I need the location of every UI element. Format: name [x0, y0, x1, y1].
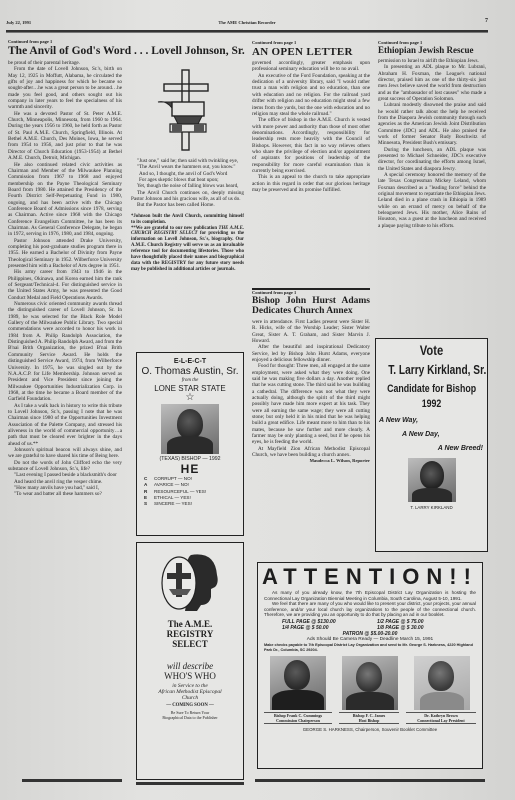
registry-title-1: The A.M.E.	[137, 619, 243, 629]
election-year: 1992	[387, 398, 476, 410]
masthead-rule	[6, 30, 488, 33]
column-end-rule	[255, 779, 485, 782]
attention-footer: GEORGE S. HARKNESS, Chairperson, Souveni…	[258, 727, 482, 732]
paragraph: After the beautiful and inspirational De…	[252, 344, 370, 363]
slogan-1: A New Way,	[376, 417, 487, 424]
kirkland-photo	[408, 458, 456, 502]
coming-soon: — COMING SOON —	[137, 703, 243, 708]
ethiopian-article: Continued from page 1 Ethiopian Jewish R…	[378, 40, 486, 229]
masthead: July 22, 1991 The AME Christian Recorder…	[6, 18, 488, 30]
photo-caption: T. LARRY KIRKLAND	[376, 505, 487, 510]
anvil-article-column-1: be proud of their parental heritage. Fro…	[8, 60, 122, 775]
open-letter-article: Continued from page 1 AN OPEN LETTER gov…	[252, 40, 370, 193]
paragraph: This is an appeal to the church to take …	[252, 174, 370, 193]
vote-label: Vote	[387, 342, 476, 358]
poem-line: "Last evening I passed beside a blacksmi…	[8, 472, 122, 478]
annex-article: Continued from page 1 Bishop John Hurst …	[252, 290, 370, 465]
attention-body: As many of you already know, the 7th Epi…	[258, 590, 482, 618]
registry-select-ad: The A.M.E. REGISTRY SELECT will describe…	[136, 542, 244, 780]
paragraph: At Mayfield Zion African Methodist Episc…	[252, 446, 370, 459]
column-end-rule	[22, 779, 122, 782]
paragraph: From the date of Lovell Johnson, Sr.'s, …	[8, 66, 122, 110]
paragraph: During the luncheon, an ADL plaque was p…	[378, 147, 486, 172]
return-line-2: Biographical Data to the Publisher	[137, 715, 243, 720]
attention-ad: ATTENTION!! As many of you already know,…	[257, 562, 483, 769]
whos-who: WHO'S WHO	[137, 671, 243, 681]
paragraph: His army career from 1943 to 1946 in the…	[8, 269, 122, 301]
paragraph: As I take a walk back in history to writ…	[8, 403, 122, 447]
officer-photo	[342, 656, 398, 710]
officer-caption: Bishop Frank C. CummingsCommission Chair…	[264, 712, 332, 724]
footnote-2-text: for providing us the information on Love…	[131, 231, 244, 271]
poem-line: "To wear and batter all these hammers so…	[8, 491, 122, 497]
officer-photo	[270, 656, 326, 710]
from-the-label: from the	[137, 378, 243, 383]
ethiopian-headline: Ethiopian Jewish Rescue	[378, 46, 486, 56]
paragraph: An executive of the Ford Foundation, spe…	[252, 73, 370, 117]
attention-title: ATTENTION!!	[258, 564, 482, 590]
paper-name: The AME Christian Recorder	[6, 20, 488, 25]
paragraph: Johnson's spiritual beacon will always s…	[8, 447, 122, 460]
registry-title-2: REGISTRY	[137, 629, 243, 639]
byline: Maudecca L. Wilson, Reporter	[252, 458, 370, 464]
officer-photos	[258, 653, 482, 710]
officer-photo	[414, 656, 470, 710]
officer-card	[414, 656, 470, 710]
elect-label: E-L-E-C-T	[137, 358, 243, 365]
officer-caption: Bishop F. C. JamesHost Bishop	[339, 712, 399, 724]
paragraph: Lubrani modestly disowned the praise and…	[378, 102, 486, 146]
star-icon: ☆	[137, 393, 243, 403]
cross-anvil-icon	[156, 68, 216, 152]
anvil-article-column-2: "Just one," said he; then said with twin…	[131, 158, 244, 273]
paragraph: In presenting an ADL plaque to Mr. Lubra…	[378, 64, 486, 102]
footnote-2-text: **We are grateful to our new publication	[131, 226, 219, 231]
paragraph: He also continued related civic activiti…	[8, 162, 122, 238]
footnote-2: **We are grateful to our new publication…	[131, 226, 244, 273]
paragraph: Food for thought: Three men, all engaged…	[252, 363, 370, 445]
officer-caption: Dr. Kathryn BrownConnectional Lay Presid…	[406, 712, 476, 724]
officer-captions: Bishop Frank C. CummingsCommission Chair…	[258, 710, 482, 724]
newspaper-page: July 22, 1991 The AME Christian Recorder…	[0, 0, 515, 800]
acrostic-list: CCORRUPT — NO! AAVARICE — NO! RRESOURCEF…	[137, 476, 243, 507]
officer-card	[270, 656, 326, 710]
paragraph: The office of bishop in the A.M.E. Churc…	[252, 117, 370, 174]
page-number: 7	[485, 18, 488, 24]
paragraph: Numerous civic oriented community awards…	[8, 301, 122, 403]
he-label: HE	[137, 462, 243, 476]
paragraph: Do not the words of John Clifford echo t…	[8, 460, 122, 473]
registry-title-3: SELECT	[137, 639, 243, 649]
officer-card	[342, 656, 398, 710]
austin-campaign-ad: E-L-E-C-T O. Thomas Austin, Sr. from the…	[136, 352, 244, 536]
column-end-rule	[136, 782, 244, 785]
paragraph: He was a devoted Pastor of St. Peter A.M…	[8, 111, 122, 162]
paragraph: The Anvil Church continues on, deeply mi…	[131, 190, 244, 203]
paragraph: governed accordingly, greater emphasis u…	[252, 60, 370, 73]
candidate-name: O. Thomas Austin, Sr.	[137, 366, 243, 377]
anvil-article-header: Continued from page 1 The Anvil of God's…	[8, 39, 254, 58]
church-line-2: Church	[137, 695, 243, 701]
paragraph: Pastor Johnson attended Drake University…	[8, 238, 122, 270]
will-describe: will describe	[137, 661, 243, 671]
austin-photo	[161, 404, 219, 454]
anvil-headline: The Anvil of God's Word . . . Lovell Joh…	[8, 45, 254, 58]
payment-instructions: Make checks payable to 7th Episcopal Dis…	[258, 643, 482, 653]
open-letter-headline: AN OPEN LETTER	[252, 46, 370, 58]
kirkland-campaign-ad: Vote T. Larry Kirkland, Sr. Candidate fo…	[375, 338, 488, 552]
candidate-name: T. Larry Kirkland, Sr.	[388, 362, 475, 377]
paragraph: were in attendance. First Ladies present…	[252, 319, 370, 344]
registry-logo-icon	[157, 549, 223, 613]
slogan-2: A New Day,	[376, 431, 487, 438]
footnote-1: *Johnson built the Anvil Church, committ…	[131, 214, 244, 226]
annex-headline: Bishop John Hurst Adams Dedicates Church…	[252, 296, 370, 317]
poem-line: Yet, though the noise of falling blows w…	[131, 183, 244, 189]
price-list: FULL PAGE @ $130.00 1/2 PAGE @ $ 75.00 1…	[258, 618, 482, 631]
acrostic-item: SSINCERE — YES!	[144, 501, 243, 507]
poem-line: "The Anvil wears the hammers out, you kn…	[131, 164, 244, 170]
paragraph: A special ceremony honored the memory of…	[378, 172, 486, 229]
paragraph: As many of you already know, the 7th Epi…	[264, 590, 476, 601]
candidate-title: Candidate for Bishop	[387, 383, 476, 395]
paragraph: We feel that there are many of you who w…	[264, 601, 476, 618]
slogan-3: A New Breed!	[376, 445, 487, 452]
